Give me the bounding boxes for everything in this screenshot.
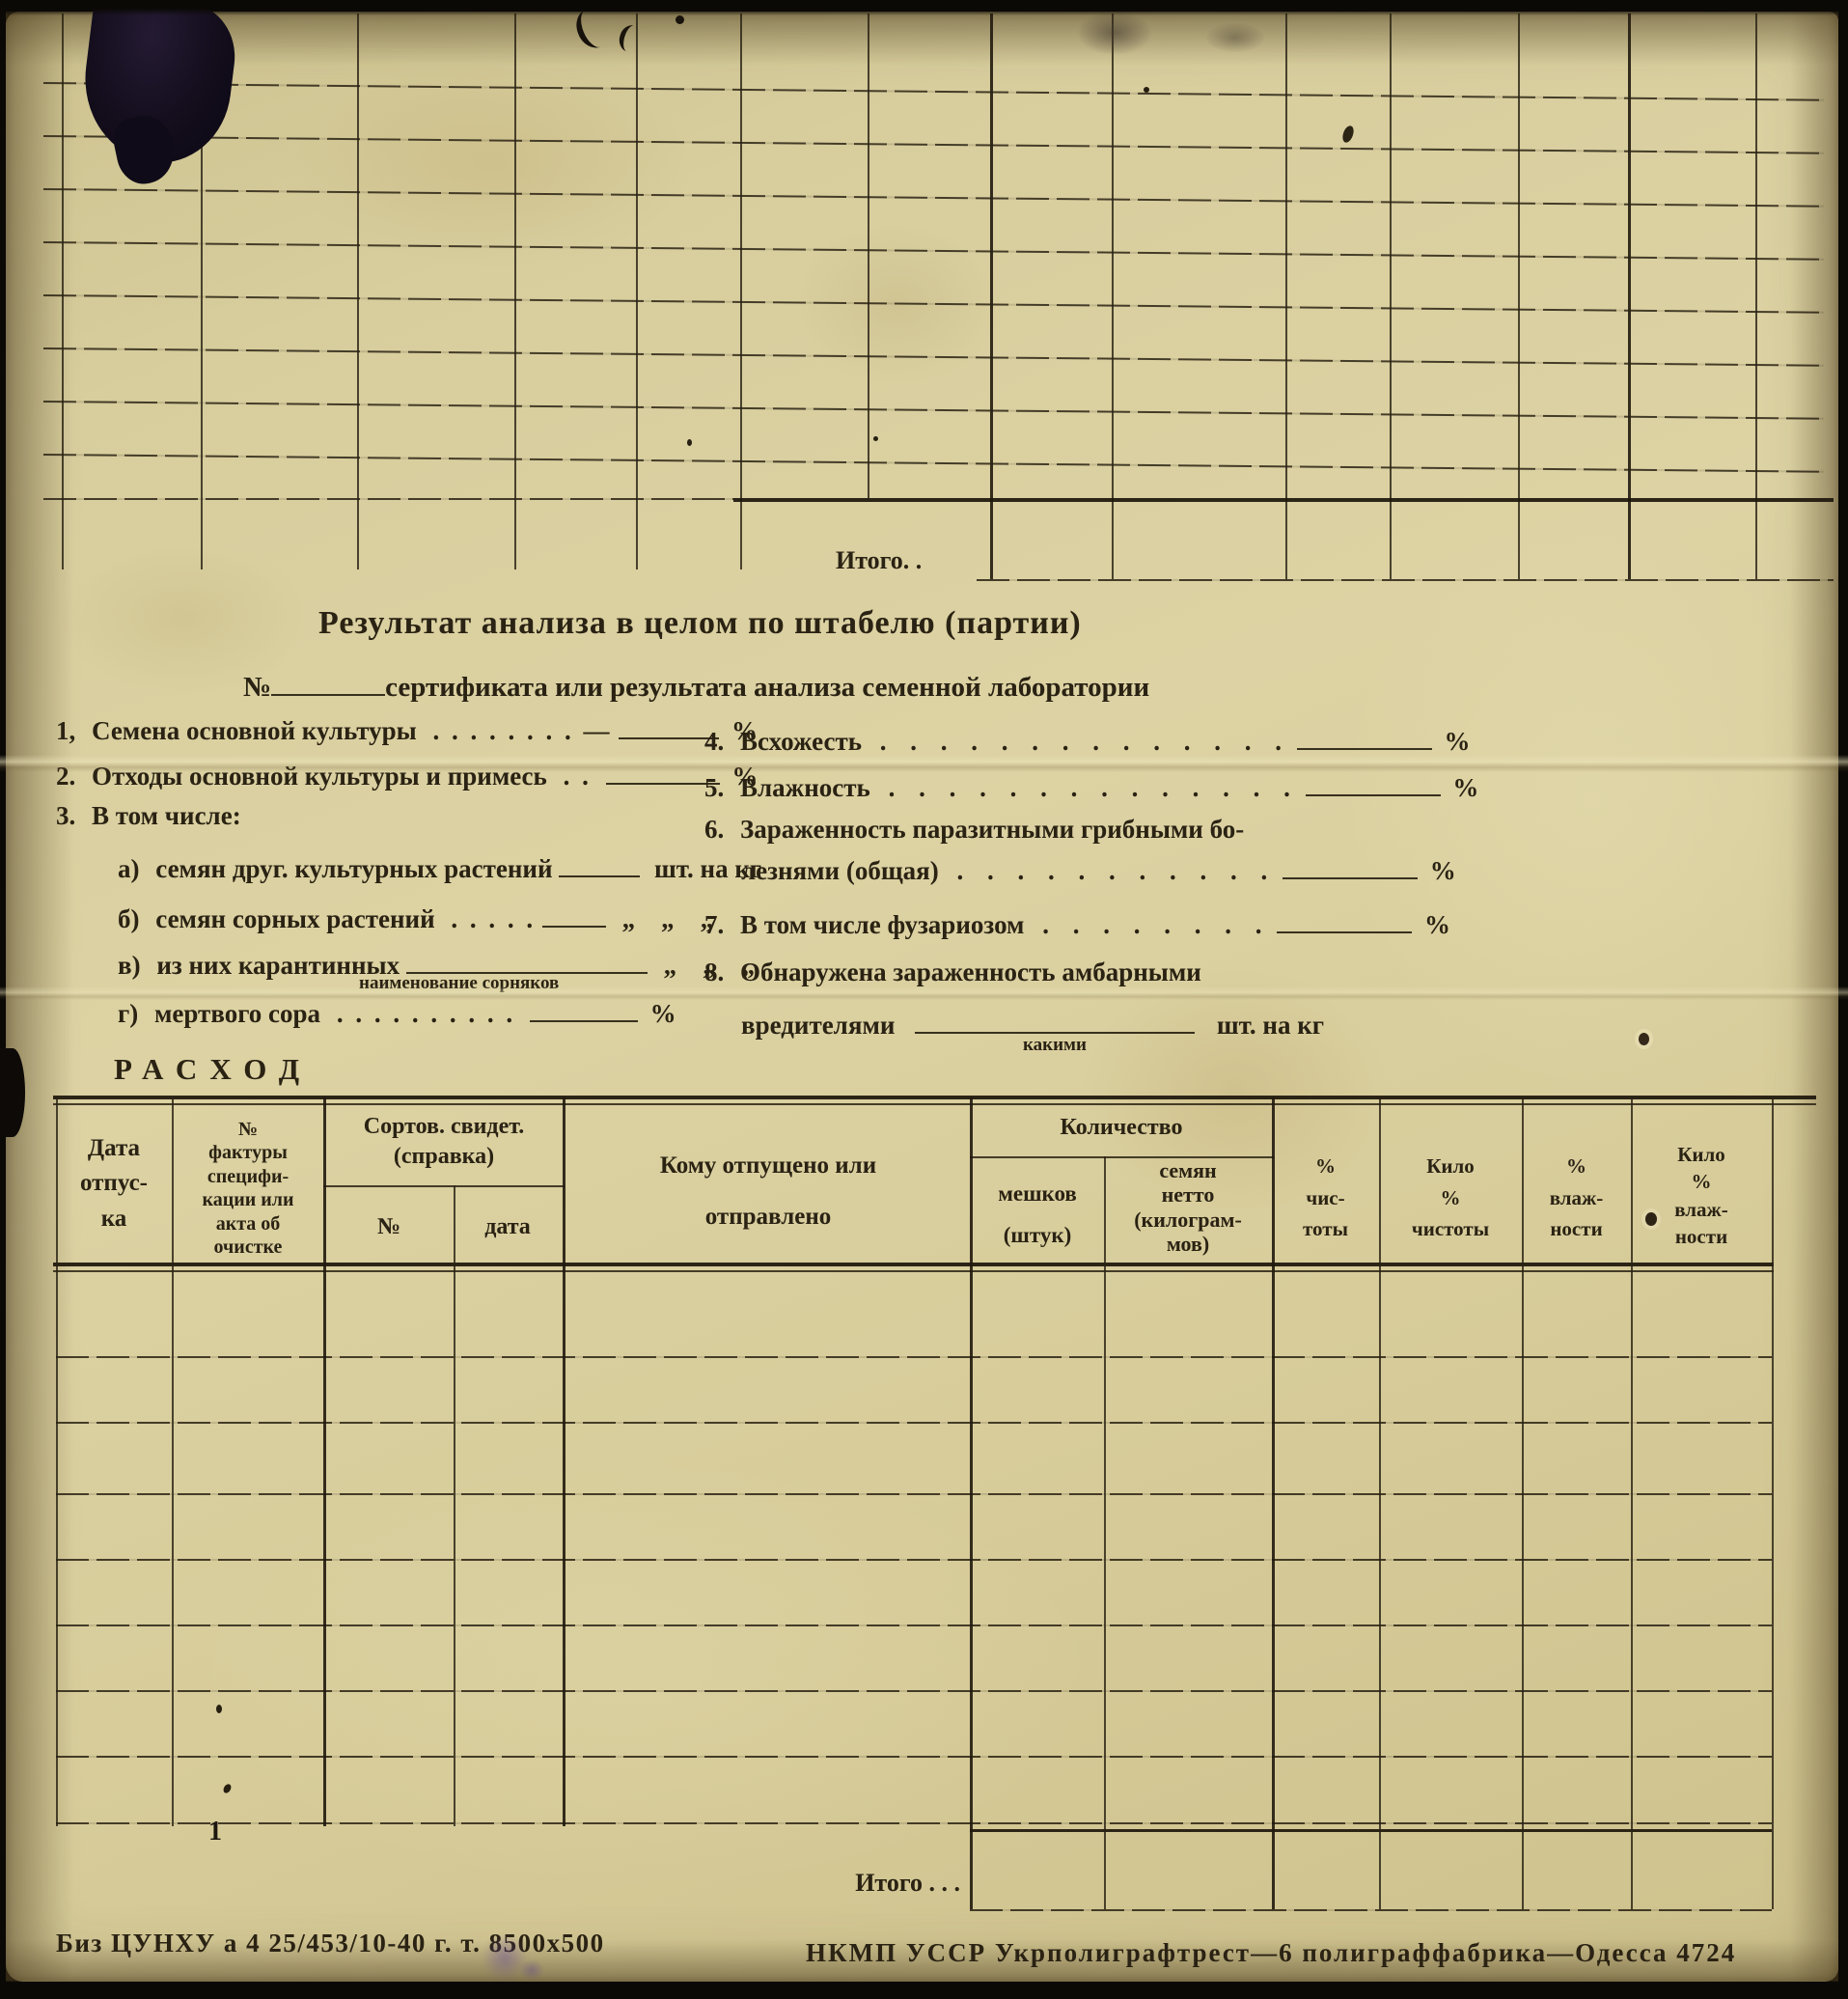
item-number: 8. bbox=[704, 958, 724, 986]
top-table-total-label: Итого. . bbox=[836, 546, 922, 575]
speck bbox=[1144, 87, 1149, 93]
blank-line bbox=[1277, 905, 1412, 933]
item-8-line1: 8. Обнаружена зараженность амбарными bbox=[704, 958, 1201, 987]
item-number: а) bbox=[118, 854, 140, 883]
grid-line bbox=[1285, 14, 1287, 579]
item-text: вредителями bbox=[741, 1011, 895, 1040]
item-number: г) bbox=[118, 999, 138, 1028]
table-line bbox=[56, 1624, 1772, 1626]
item-number: 6. bbox=[704, 815, 724, 844]
grid-line bbox=[1390, 14, 1392, 579]
blank-line bbox=[406, 946, 648, 974]
col-header-kilo-purity: Кило % чистоты bbox=[1381, 1151, 1520, 1245]
grid-line bbox=[1518, 14, 1520, 579]
dot-leader: . . . . . . . . . . bbox=[337, 999, 515, 1028]
col-header-kilo-moisture: Кило % влаж- ности bbox=[1633, 1141, 1770, 1250]
col-header-date: Дата отпус- ка bbox=[56, 1131, 172, 1236]
dot-leader: . . . . . . . . bbox=[1042, 910, 1270, 939]
grid-line bbox=[740, 14, 742, 569]
table-line bbox=[56, 1756, 1772, 1758]
dot-leader: . . . . . . . . . . . . . . bbox=[889, 773, 1299, 802]
dot-leader: . . bbox=[564, 762, 592, 791]
item-number: 7. bbox=[704, 910, 724, 939]
table-line bbox=[53, 1270, 1774, 1272]
blank-line bbox=[1283, 851, 1418, 879]
table-line bbox=[56, 1356, 1772, 1358]
table-line bbox=[970, 1829, 1772, 1832]
blank-line bbox=[606, 757, 720, 785]
grid-line bbox=[43, 498, 733, 500]
item-number: в) bbox=[118, 951, 141, 980]
blank-line bbox=[559, 849, 640, 877]
item-text: Всхожесть bbox=[740, 727, 862, 756]
item-3a: а) семян друг. культурных растений шт. н… bbox=[118, 849, 761, 884]
col-header-sort-certificate: Сортов. свидет. (справка) bbox=[328, 1112, 560, 1172]
item-unit: % bbox=[1424, 910, 1450, 939]
item-number: б) bbox=[118, 904, 140, 933]
speck bbox=[216, 1705, 222, 1713]
item-7: 7. В том числе фузариозом . . . . . . . … bbox=[704, 905, 1450, 940]
caption-weed-names: наименование сорняков bbox=[359, 973, 559, 994]
certificate-text: сертификата или результата анализа семен… bbox=[385, 672, 1149, 703]
certificate-line: №сертификата или результата анализа семе… bbox=[243, 666, 1149, 704]
item-text: мертвого сора bbox=[154, 999, 320, 1028]
item-unit: „ „ „ bbox=[622, 904, 714, 933]
grid-line bbox=[733, 498, 1834, 502]
grid-line bbox=[990, 14, 993, 579]
table-line bbox=[56, 1559, 1772, 1561]
no-sign: № bbox=[243, 672, 271, 703]
col-header-purity-pct: % чис- тоты bbox=[1274, 1151, 1377, 1245]
table-line bbox=[53, 1263, 1774, 1266]
col-header-issued-to: Кому отпущено или отправлено bbox=[569, 1141, 967, 1242]
speck bbox=[873, 436, 878, 441]
table-line bbox=[1772, 1097, 1774, 1909]
item-number: 3. bbox=[56, 801, 75, 830]
item-2: 2. Отходы основной культуры и примесь . … bbox=[56, 757, 758, 791]
item-text: Зараженность паразитными грибными бо- bbox=[740, 815, 1244, 844]
dot-leader: . . . . . . . . . . . . . . bbox=[880, 727, 1290, 756]
blank-line bbox=[542, 900, 606, 928]
grid-line bbox=[868, 14, 869, 498]
blank-line bbox=[1306, 768, 1441, 796]
table-line bbox=[1104, 1156, 1106, 1909]
raskhod-total-label: Итого . . . bbox=[772, 1869, 960, 1898]
item-3: 3. В том числе: bbox=[56, 801, 241, 831]
table-line bbox=[56, 1690, 1772, 1692]
grid-line bbox=[636, 14, 638, 569]
footer-print-code: Биз ЦУНХУ а 4 25/453/10-40 г. т. 8500х50… bbox=[56, 1929, 605, 1958]
grid-line bbox=[1112, 14, 1114, 579]
col-header-sort-date: дата bbox=[455, 1214, 560, 1240]
table-line bbox=[323, 1097, 326, 1826]
col-header-sort-no: № bbox=[326, 1214, 452, 1240]
item-3g: г) мертвого сора . . . . . . . . . . % bbox=[118, 994, 676, 1029]
item-6-line1: 6. Зараженность паразитными грибными бо- bbox=[704, 815, 1244, 845]
dot-leader: . . . . . bbox=[451, 904, 536, 933]
item-text: Обнаружена зараженность амбарными bbox=[740, 958, 1201, 986]
item-text: Семена основной культуры bbox=[92, 716, 417, 745]
dot-leader: . . . . . . . . . . . bbox=[956, 856, 1276, 885]
dot-leader: . . . . . . . . — bbox=[432, 716, 612, 745]
speck bbox=[687, 439, 692, 446]
table-line bbox=[970, 1909, 1772, 1911]
grid-line bbox=[62, 14, 64, 569]
table-line bbox=[56, 1822, 1772, 1824]
item-number: 1, bbox=[56, 716, 75, 745]
item-text: Влажность bbox=[740, 773, 870, 802]
col-header-seeds-net: семян нетто (килограм- мов) bbox=[1106, 1158, 1270, 1256]
item-unit: % bbox=[1452, 773, 1478, 802]
blank-line bbox=[530, 994, 638, 1022]
item-4: 4. Всхожесть . . . . . . . . . . . . . .… bbox=[704, 722, 1471, 757]
item-5: 5. Влажность . . . . . . . . . . . . . .… bbox=[704, 768, 1478, 803]
scanned-form-page: Итого. . Результат анализа в целом по шт… bbox=[0, 0, 1848, 1999]
item-number: 4. bbox=[704, 727, 724, 756]
item-text: лезнями (общая) bbox=[741, 856, 939, 885]
col-header-sacks: мешков (штук) bbox=[973, 1174, 1102, 1256]
table-line bbox=[323, 1185, 565, 1187]
table-line bbox=[563, 1097, 565, 1826]
item-number: 2. bbox=[56, 762, 75, 791]
item-text: семян сорных растений bbox=[155, 904, 434, 933]
handwritten-mark: 1 bbox=[208, 1817, 222, 1847]
grid-line bbox=[977, 579, 1834, 581]
col-header-quantity: Количество bbox=[973, 1115, 1270, 1141]
col-header-moisture-pct: % влаж- ности bbox=[1524, 1151, 1629, 1245]
item-text: В том числе: bbox=[92, 801, 241, 830]
col-header-invoice: № фактуры специфи- кации или акта об очи… bbox=[176, 1118, 320, 1259]
item-number: 5. bbox=[704, 773, 724, 802]
footer-printer-credit: НКМП УССР Укрполиграфтрест—6 полиграффаб… bbox=[806, 1938, 1736, 1968]
table-line bbox=[56, 1493, 1772, 1495]
item-1: 1, Семена основной культуры . . . . . . … bbox=[56, 711, 758, 746]
table-line bbox=[454, 1185, 455, 1826]
section-title: Результат анализа в целом по штабелю (па… bbox=[318, 605, 1082, 642]
grid-line bbox=[357, 14, 359, 569]
table-line bbox=[56, 1422, 1772, 1424]
blank-line bbox=[271, 666, 385, 696]
item-unit: шт. на кг bbox=[1217, 1011, 1324, 1040]
caption-which-pests: какими bbox=[1023, 1035, 1087, 1056]
table-line bbox=[172, 1097, 174, 1826]
raskhod-title: РАСХОД bbox=[114, 1052, 313, 1087]
item-text: семян друг. культурных растений bbox=[155, 854, 552, 883]
blank-line bbox=[915, 1006, 1195, 1034]
item-unit: % bbox=[650, 999, 676, 1028]
blank-line bbox=[1297, 722, 1432, 750]
item-6-line2: лезнями (общая) . . . . . . . . . . . % bbox=[741, 851, 1456, 886]
item-unit: % bbox=[1430, 856, 1456, 885]
item-3b: б) семян сорных растений . . . . . „ „ „ bbox=[118, 900, 713, 934]
item-unit: % bbox=[1445, 727, 1471, 756]
grid-line bbox=[201, 14, 203, 569]
item-text: В том числе фузариозом bbox=[740, 910, 1024, 939]
item-text: Отходы основной культуры и примесь bbox=[92, 762, 547, 791]
table-line bbox=[53, 1103, 1816, 1105]
table-line bbox=[53, 1096, 1816, 1099]
grid-line bbox=[514, 14, 516, 569]
